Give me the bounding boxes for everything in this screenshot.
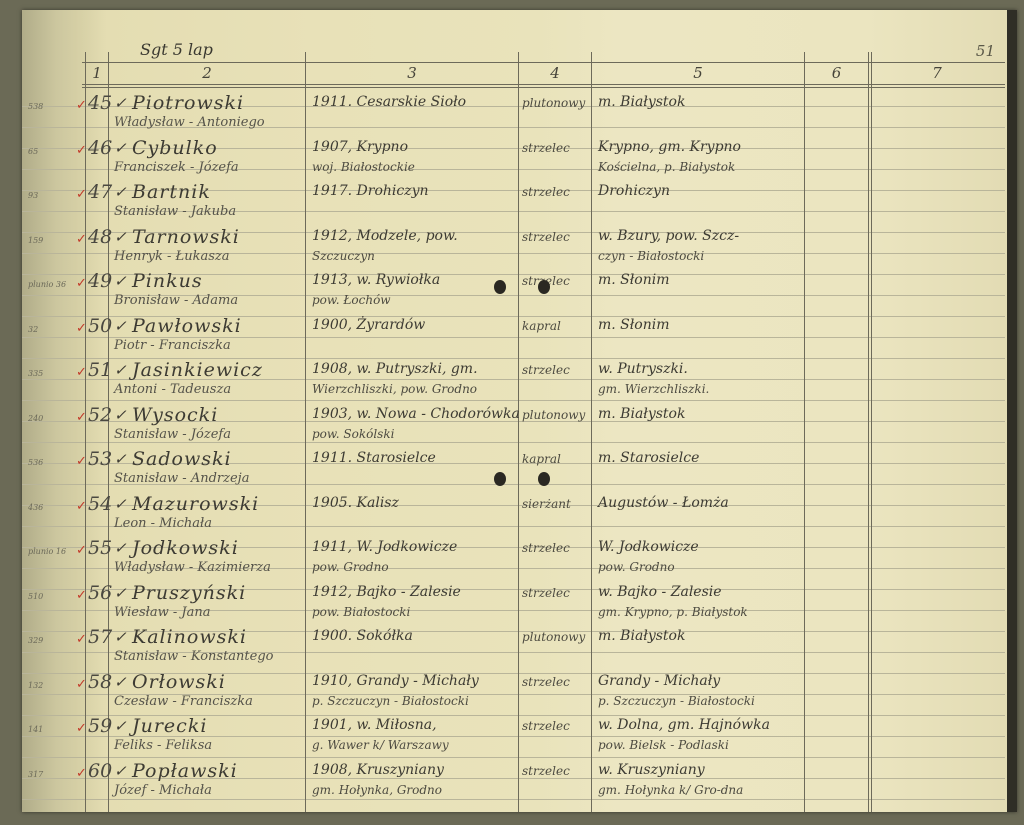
- residence-line-1: w. Dolna, gm. Hajnówka: [598, 717, 770, 733]
- residence-line-2: gm. Wierzchliszki.: [598, 382, 709, 396]
- col-divider-5: [804, 52, 805, 812]
- surname: Wysocki: [132, 404, 218, 426]
- check-icon: ✓: [114, 495, 127, 513]
- col-header-2: 2: [109, 64, 305, 82]
- residence-line-1: m. Słonim: [598, 272, 670, 288]
- check-icon: ✓: [114, 762, 127, 780]
- check-icon: ✓: [114, 361, 127, 379]
- check-icon: ✓: [114, 272, 127, 290]
- residence-line-2: pow. Bielsk - Podlaski: [598, 738, 729, 752]
- birth-line-2: woj. Białostockie: [312, 160, 415, 174]
- birth-line-1: 1911. Starosielce: [312, 450, 436, 466]
- birth-line-1: 1900. Sokółka: [312, 628, 413, 644]
- margin-number: 510: [28, 592, 43, 601]
- given-names: Stanisław - Andrzeja: [114, 471, 249, 486]
- margin-number: 32: [28, 325, 38, 334]
- surname: Jurecki: [132, 715, 207, 737]
- surname: Sadowski: [132, 448, 232, 470]
- birth-line-1: 1903, w. Nowa - Chodorówka: [312, 406, 520, 422]
- rank: strzelec: [522, 363, 570, 377]
- margin-number: 240: [28, 414, 43, 423]
- residence-line-1: w. Putryszki.: [598, 361, 688, 377]
- entry-number: 49: [88, 270, 112, 292]
- rank: strzelec: [522, 541, 570, 555]
- header-top-rule: [82, 62, 1005, 63]
- rank: strzelec: [522, 586, 570, 600]
- surname: Piotrowski: [132, 92, 244, 114]
- entry-number: 52: [88, 404, 112, 426]
- birth-line-1: 1908, Kruszyniany: [312, 762, 444, 778]
- given-names: Józef - Michała: [114, 783, 212, 798]
- residence-line-1: Krypno, gm. Krypno: [598, 139, 741, 155]
- col-divider-margin: [85, 52, 86, 812]
- margin-number: 436: [28, 503, 43, 512]
- red-check-icon: ✓: [76, 321, 87, 336]
- entry-number: 51: [88, 359, 112, 381]
- rank: plutonowy: [522, 408, 585, 422]
- birth-line-2: gm. Hołynka, Grodno: [312, 783, 442, 797]
- ledger-page: Sgt 5 lap 51 1 2 3 4 5 6 7 538✓45✓Piotro…: [22, 10, 1017, 812]
- surname: Cybulko: [132, 137, 218, 159]
- margin-number: 536: [28, 458, 43, 467]
- birth-line-1: 1905. Kalisz: [312, 495, 399, 511]
- ruled-line: [22, 799, 1005, 800]
- check-icon: ✓: [114, 139, 127, 157]
- red-check-icon: ✓: [76, 454, 87, 469]
- book-spine: [1007, 10, 1017, 812]
- surname: Jasinkiewicz: [132, 359, 263, 381]
- header-bottom-rule: [82, 84, 1005, 85]
- residence-line-1: w. Kruszyniany: [598, 762, 705, 778]
- col-divider-4: [591, 52, 592, 812]
- residence-line-2: Kościelna, p. Białystok: [598, 160, 735, 174]
- birth-line-2: g. Wawer k/ Warszawy: [312, 738, 449, 752]
- check-icon: ✓: [114, 673, 127, 691]
- birth-line-1: 1913, w. Rywiołka: [312, 272, 440, 288]
- birth-line-1: 1911, W. Jodkowicze: [312, 539, 457, 555]
- col-divider-1: [108, 52, 109, 812]
- residence-line-1: W. Jodkowicze: [598, 539, 699, 555]
- birth-line-2: pow. Grodno: [312, 560, 389, 574]
- top-note: Sgt 5 lap: [140, 40, 213, 59]
- entry-number: 45: [88, 92, 112, 114]
- col-header-4: 4: [519, 64, 591, 82]
- entry-number: 47: [88, 181, 112, 203]
- entry-number: 50: [88, 315, 112, 337]
- surname: Bartnik: [132, 181, 211, 203]
- entry-number: 58: [88, 671, 112, 693]
- surname: Popławski: [132, 760, 238, 782]
- given-names: Bronisław - Adama: [114, 293, 238, 308]
- check-icon: ✓: [114, 406, 127, 424]
- red-check-icon: ✓: [76, 410, 87, 425]
- margin-number: 538: [28, 102, 43, 111]
- margin-number: 141: [28, 725, 43, 734]
- punch-hole: [538, 472, 550, 486]
- header-bottom-rule-2: [82, 87, 1005, 88]
- check-icon: ✓: [114, 183, 127, 201]
- residence-line-1: m. Białystok: [598, 406, 685, 422]
- col-header-5: 5: [592, 64, 804, 82]
- red-check-icon: ✓: [76, 677, 87, 692]
- col-header-7: 7: [872, 64, 1002, 82]
- birth-line-1: 1910, Grandy - Michały: [312, 673, 479, 689]
- surname: Kalinowski: [132, 626, 247, 648]
- residence-line-1: m. Białystok: [598, 94, 685, 110]
- col-divider-2: [305, 52, 306, 812]
- entry-number: 57: [88, 626, 112, 648]
- punch-hole: [494, 280, 506, 294]
- red-check-icon: ✓: [76, 721, 87, 736]
- given-names: Feliks - Feliksa: [114, 738, 212, 753]
- margin-number: 132: [28, 681, 43, 690]
- check-icon: ✓: [114, 228, 127, 246]
- rank: strzelec: [522, 719, 570, 733]
- punch-hole: [538, 280, 550, 294]
- red-check-icon: ✓: [76, 276, 87, 291]
- col-header-3: 3: [306, 64, 518, 82]
- ruled-line: [22, 400, 1005, 401]
- rank: kapral: [522, 319, 561, 333]
- given-names: Henryk - Łukasza: [114, 249, 229, 264]
- ruled-line: [22, 757, 1005, 758]
- surname: Pruszyński: [132, 582, 246, 604]
- residence-line-1: m. Białystok: [598, 628, 685, 644]
- rank: strzelec: [522, 185, 570, 199]
- entry-number: 53: [88, 448, 112, 470]
- rank: plutonowy: [522, 96, 585, 110]
- col-divider-6: [868, 52, 872, 812]
- col-divider-3: [518, 52, 519, 812]
- surname: Orłowski: [132, 671, 226, 693]
- red-check-icon: ✓: [76, 232, 87, 247]
- birth-line-1: 1907, Krypno: [312, 139, 408, 155]
- check-icon: ✓: [114, 317, 127, 335]
- birth-line-1: 1900, Żyrardów: [312, 317, 425, 333]
- residence-line-1: w. Bajko - Zalesie: [598, 584, 722, 600]
- given-names: Piotr - Franciszka: [114, 338, 231, 353]
- ruled-line: [22, 442, 1005, 443]
- margin-number: 65: [28, 147, 38, 156]
- check-icon: ✓: [114, 450, 127, 468]
- residence-line-2: pow. Grodno: [598, 560, 675, 574]
- rank: kapral: [522, 452, 561, 466]
- check-icon: ✓: [114, 539, 127, 557]
- residence-line-1: m. Starosielce: [598, 450, 699, 466]
- rank: sierżant: [522, 497, 571, 511]
- red-check-icon: ✓: [76, 543, 87, 558]
- entry-number: 59: [88, 715, 112, 737]
- check-icon: ✓: [114, 94, 127, 112]
- birth-line-2: pow. Łochów: [312, 293, 391, 307]
- given-names: Leon - Michała: [114, 516, 212, 531]
- rank: strzelec: [522, 764, 570, 778]
- check-icon: ✓: [114, 628, 127, 646]
- red-check-icon: ✓: [76, 588, 87, 603]
- surname: Pawłowski: [132, 315, 242, 337]
- birth-line-1: 1908, w. Putryszki, gm.: [312, 361, 478, 377]
- residence-line-2: gm. Krypno, p. Białystok: [598, 605, 748, 619]
- birth-line-1: 1912, Modzele, pow.: [312, 228, 458, 244]
- margin-number: plunio 16: [28, 547, 66, 556]
- given-names: Wiesław - Jana: [114, 605, 211, 620]
- rank: plutonowy: [522, 630, 585, 644]
- margin-number: 335: [28, 369, 43, 378]
- margin-number: 317: [28, 770, 43, 779]
- birth-line-2: p. Szczuczyn - Białostocki: [312, 694, 469, 708]
- entry-number: 46: [88, 137, 112, 159]
- birth-line-1: 1917. Drohiczyn: [312, 183, 429, 199]
- margin-number: plunio 36: [28, 280, 66, 289]
- red-check-icon: ✓: [76, 499, 87, 514]
- margin-number: 159: [28, 236, 43, 245]
- birth-line-1: 1912, Bajko - Zalesie: [312, 584, 461, 600]
- red-check-icon: ✓: [76, 98, 87, 113]
- rank: strzelec: [522, 675, 570, 689]
- given-names: Stanisław - Józefa: [114, 427, 231, 442]
- given-names: Stanisław - Jakuba: [114, 204, 236, 219]
- page-number: 51: [976, 42, 995, 60]
- birth-line-2: Szczuczyn: [312, 249, 375, 263]
- col-header-6: 6: [805, 64, 868, 82]
- surname: Mazurowski: [132, 493, 259, 515]
- given-names: Antoni - Tadeusza: [114, 382, 231, 397]
- rank: strzelec: [522, 141, 570, 155]
- red-check-icon: ✓: [76, 365, 87, 380]
- red-check-icon: ✓: [76, 143, 87, 158]
- entry-number: 56: [88, 582, 112, 604]
- entry-number: 60: [88, 760, 112, 782]
- check-icon: ✓: [114, 584, 127, 602]
- surname: Tarnowski: [132, 226, 240, 248]
- residence-line-1: w. Bzury, pow. Szcz-: [598, 228, 739, 244]
- birth-line-1: 1911. Cesarskie Sioło: [312, 94, 466, 110]
- given-names: Franciszek - Józefa: [114, 160, 239, 175]
- birth-line-2: pow. Sokólski: [312, 427, 394, 441]
- rank: strzelec: [522, 230, 570, 244]
- residence-line-1: Augustów - Łomża: [598, 495, 729, 511]
- punch-hole: [494, 472, 506, 486]
- residence-line-2: p. Szczuczyn - Białostocki: [598, 694, 755, 708]
- margin-number: 93: [28, 191, 38, 200]
- check-icon: ✓: [114, 717, 127, 735]
- residence-line-2: czyn - Białostocki: [598, 249, 704, 263]
- surname: Jodkowski: [132, 537, 239, 559]
- red-check-icon: ✓: [76, 766, 87, 781]
- surname: Pinkus: [132, 270, 203, 292]
- entry-number: 48: [88, 226, 112, 248]
- entry-number: 55: [88, 537, 112, 559]
- margin-number: 329: [28, 636, 43, 645]
- given-names: Władysław - Antoniego: [114, 115, 265, 130]
- birth-line-1: 1901, w. Miłosna,: [312, 717, 437, 733]
- residence-line-1: Grandy - Michały: [598, 673, 720, 689]
- birth-line-2: pow. Białostocki: [312, 605, 410, 619]
- col-header-1: 1: [86, 64, 108, 82]
- given-names: Stanisław - Konstantego: [114, 649, 273, 664]
- red-check-icon: ✓: [76, 632, 87, 647]
- residence-line-2: gm. Hołynka k/ Gro-dna: [598, 783, 743, 797]
- residence-line-1: m. Słonim: [598, 317, 670, 333]
- given-names: Czesław - Franciszka: [114, 694, 253, 709]
- birth-line-2: Wierzchliszki, pow. Grodno: [312, 382, 477, 396]
- residence-line-1: Drohiczyn: [598, 183, 670, 199]
- given-names: Władysław - Kazimierza: [114, 560, 271, 575]
- entry-number: 54: [88, 493, 112, 515]
- red-check-icon: ✓: [76, 187, 87, 202]
